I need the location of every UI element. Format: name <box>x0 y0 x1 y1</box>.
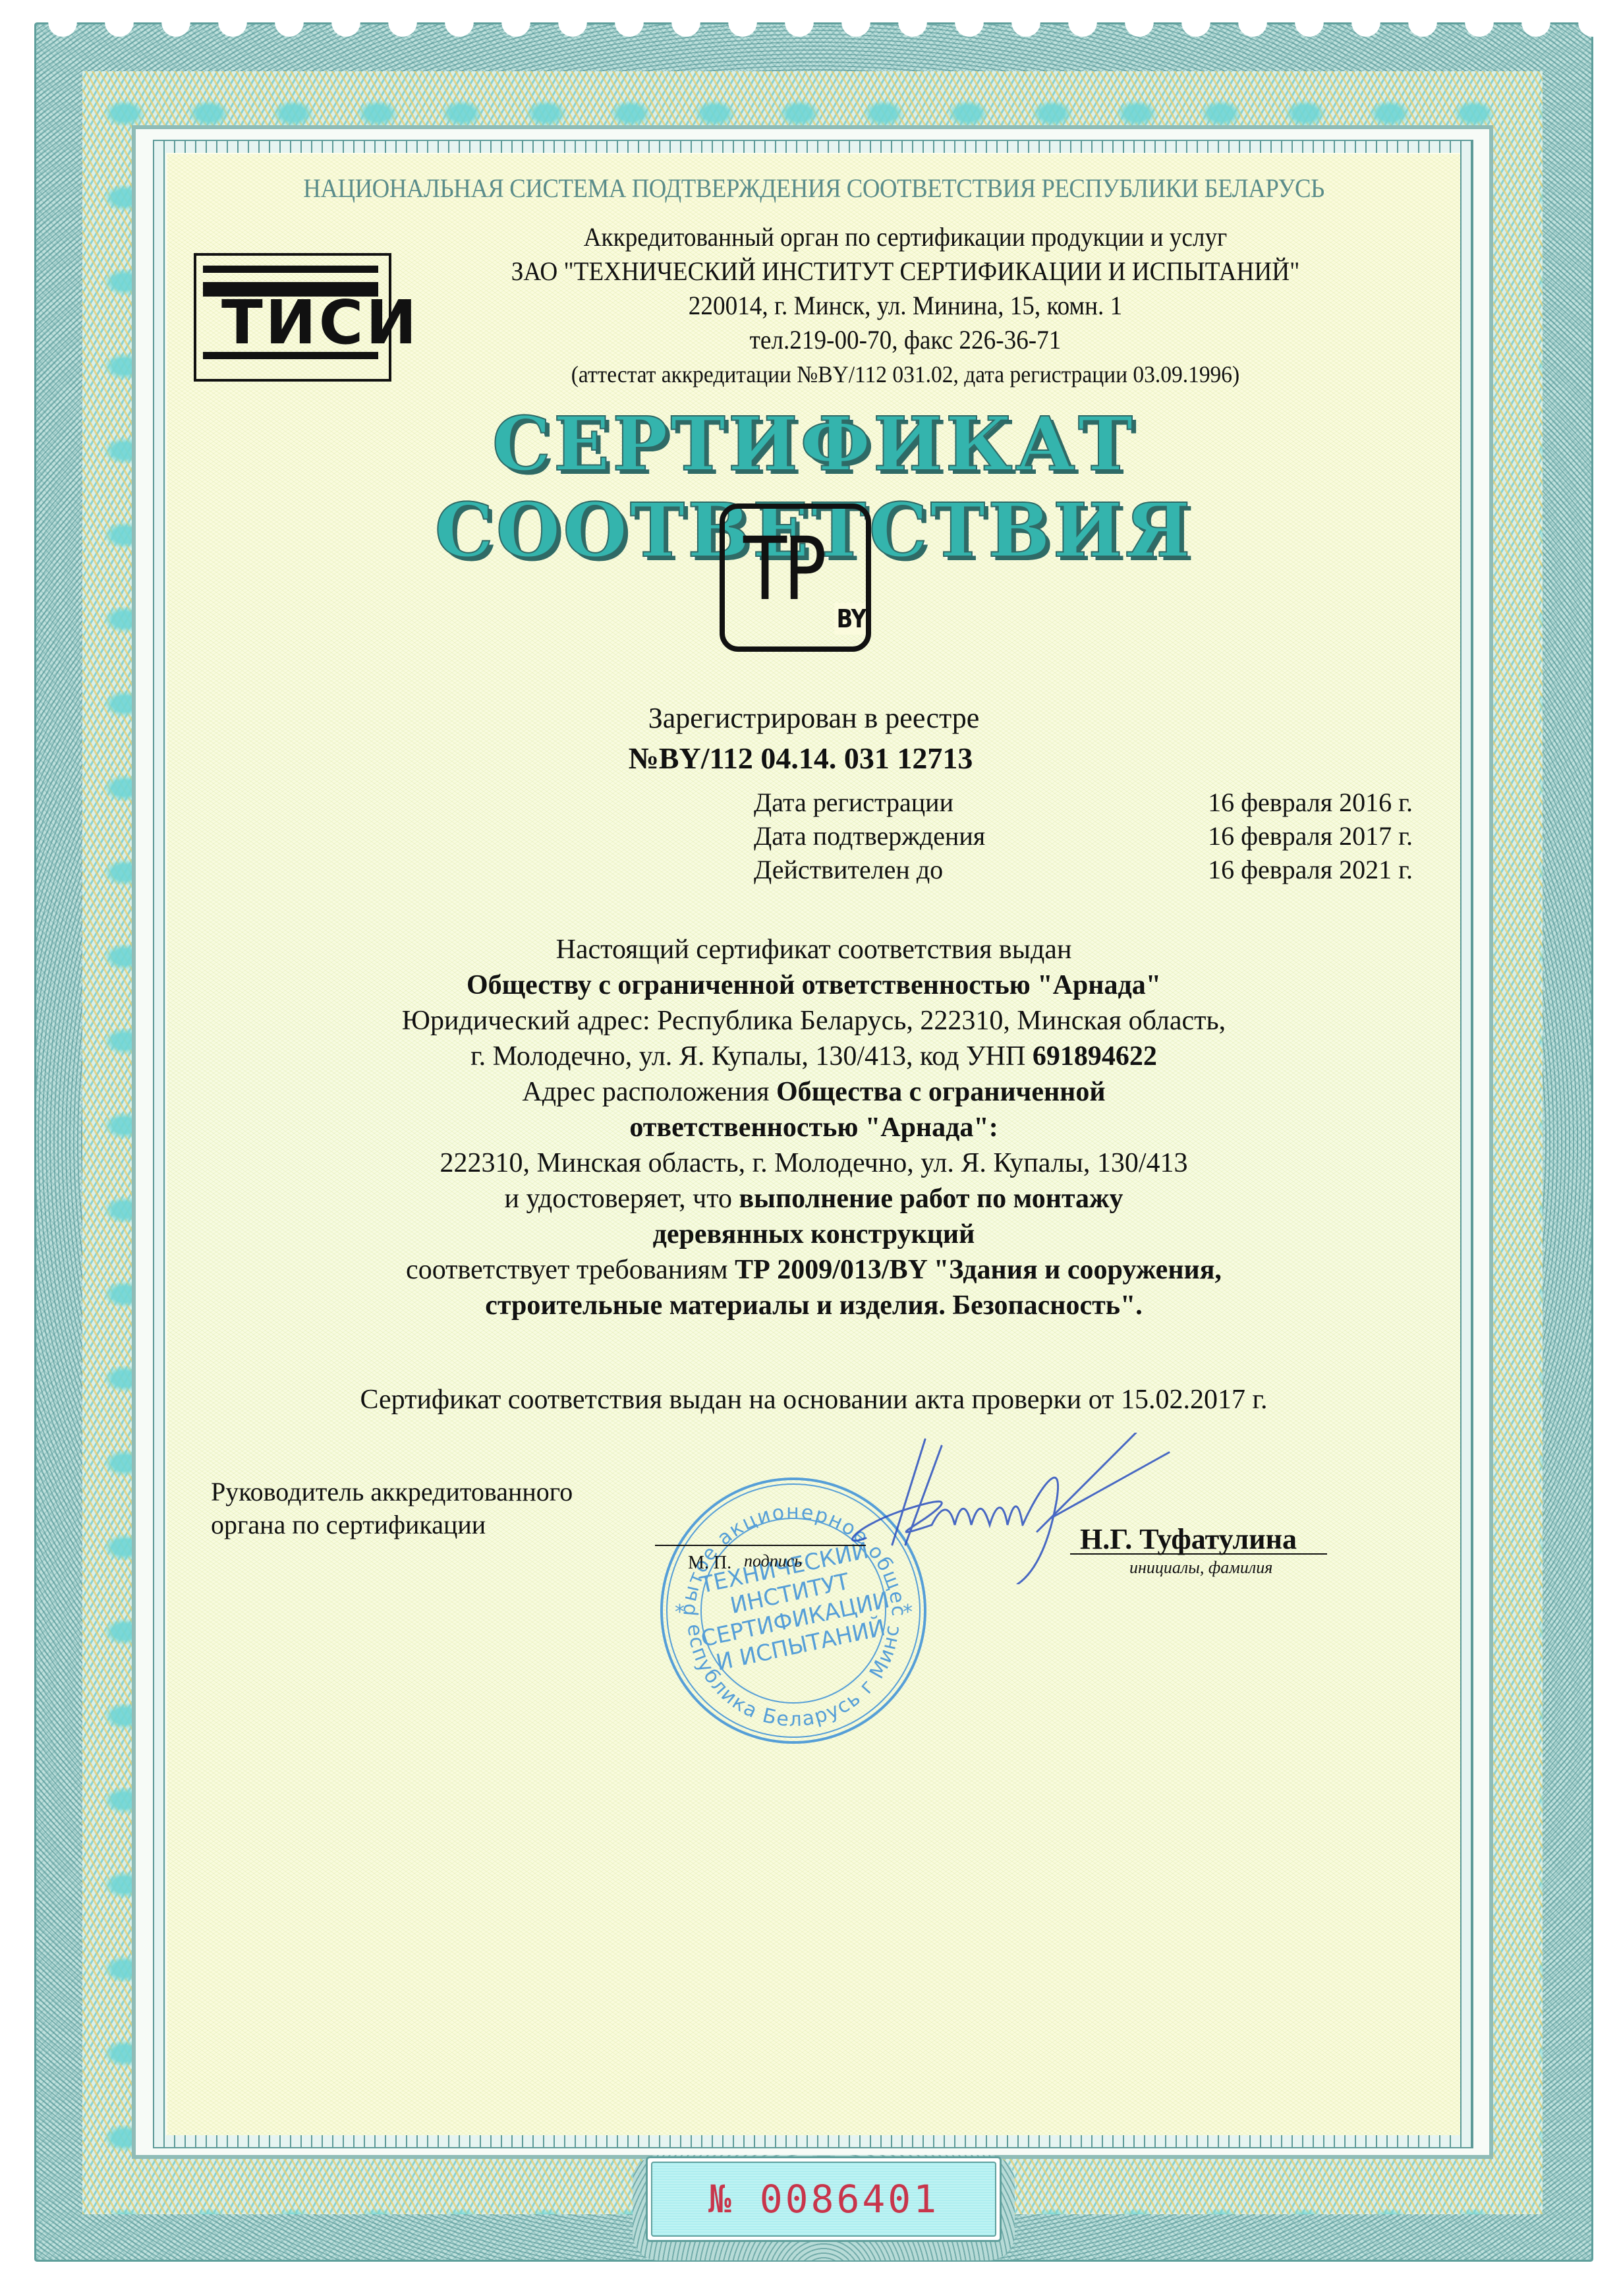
serial-prefix: № <box>708 2177 734 2222</box>
legal-address: г. Молодечно, ул. Я. Купалы, 130/413, ко… <box>470 1041 1033 1072</box>
issuer-line: тел.219-00-70, факс 226-36-71 <box>452 323 1359 357</box>
body-text: Адрес расположения <box>522 1077 776 1107</box>
body-line: г. Молодечно, ул. Я. Купалы, 130/413, ко… <box>167 1039 1460 1074</box>
body-text: и удостоверяет, что <box>505 1184 739 1214</box>
signer-title-line: органа по сертификации <box>211 1508 573 1541</box>
signer-title: Руководитель аккредитованного органа по … <box>211 1476 573 1541</box>
date-label: Действителен до <box>754 853 1116 886</box>
date-label: Дата подтверждения <box>754 819 1116 853</box>
signature-caption: подпись <box>744 1551 802 1571</box>
signer-title-line: Руководитель аккредитованного <box>211 1476 573 1508</box>
logo-bar <box>203 352 378 359</box>
dates-table: Дата регистрации 16 февраля 2016 г. Дата… <box>754 786 1439 886</box>
body-line: Настоящий сертификат соответствия выдан <box>167 932 1460 967</box>
seal-place-label: М. П. <box>688 1553 731 1574</box>
date-value: 16 февраля 2016 г. <box>1116 786 1439 819</box>
body-line: соответствует требованиям ТР 2009/013/BY… <box>167 1252 1460 1288</box>
logo-bar <box>203 266 378 273</box>
body-text: Настоящий сертификат соответствия выдан <box>556 934 1072 965</box>
serial-number: № 0086401 <box>651 2162 996 2237</box>
scope-of-work: деревянных конструкций <box>653 1219 975 1249</box>
holder-name: Обществу с ограниченной ответственностью… <box>467 970 1161 1000</box>
registry-number: №BY/112 04.14. 031 12713 <box>167 741 1460 776</box>
tisi-logo: ТИСИ <box>194 253 391 382</box>
registry-label: Зарегистрирован в реестре <box>167 701 1460 735</box>
date-value: 16 февраля 2021 г. <box>1116 853 1439 886</box>
body-line: Адрес расположения Общества с ограниченн… <box>167 1074 1460 1110</box>
holder-name: Общества с ограниченной <box>776 1077 1106 1107</box>
regulation: строительные материалы и изделия. Безопа… <box>485 1290 1143 1321</box>
svg-text:*: * <box>675 1601 685 1624</box>
signer-name: Н.Г. Туфатулина <box>1080 1522 1297 1556</box>
svg-text:*: * <box>903 1601 913 1624</box>
logo-letters: ТИСИ <box>221 293 419 353</box>
issuance-basis: Сертификат соответствия выдан на основан… <box>167 1384 1460 1416</box>
serial-value: 0086401 <box>760 2177 939 2222</box>
date-value: 16 февраля 2017 г. <box>1116 819 1439 853</box>
date-row: Дата регистрации 16 февраля 2016 г. <box>754 786 1439 819</box>
body-line: 222310, Минская область, г. Молодечно, у… <box>167 1145 1460 1181</box>
legal-address: Юридический адрес: Республика Беларусь, … <box>402 1006 1226 1036</box>
body-text: соответствует требованиям <box>406 1255 735 1285</box>
issuer-line: Аккредитованный орган по сертификации пр… <box>452 220 1359 254</box>
body-line: строительные материалы и изделия. Безопа… <box>167 1288 1460 1323</box>
mark-main: TP <box>743 526 824 613</box>
certificate-content: НАЦИОНАЛЬНАЯ СИСТЕМА ПОДТВЕРЖДЕНИЯ СООТВ… <box>167 154 1460 2135</box>
unp-code: 691894622 <box>1033 1041 1157 1072</box>
date-row: Дата подтверждения 16 февраля 2017 г. <box>754 819 1439 853</box>
body-line: и удостоверяет, что выполнение работ по … <box>167 1181 1460 1217</box>
certificate-body: Настоящий сертификат соответствия выдан … <box>167 932 1460 1323</box>
holder-name: ответственностью "Арнада": <box>629 1112 998 1143</box>
issuer-line: 220014, г. Минск, ул. Минина, 15, комн. … <box>452 289 1359 323</box>
name-caption: инициалы, фамилия <box>1129 1558 1272 1578</box>
issuer-info: Аккредитованный орган по сертификации пр… <box>418 220 1393 391</box>
tp-by-conformity-mark-icon: TP BY <box>720 503 871 652</box>
mark-sub: BY <box>834 603 866 635</box>
body-line: Юридический адрес: Республика Беларусь, … <box>167 1003 1460 1039</box>
date-row: Действителен до 16 февраля 2021 г. <box>754 853 1439 886</box>
regulation: ТР 2009/013/BY "Здания и сооружения, <box>735 1255 1222 1285</box>
location-address: 222310, Минская область, г. Молодечно, у… <box>440 1148 1187 1178</box>
national-system-heading: НАЦИОНАЛЬНАЯ СИСТЕМА ПОДТВЕРЖДЕНИЯ СООТВ… <box>219 173 1408 204</box>
body-line: Обществу с ограниченной ответственностью… <box>167 967 1460 1003</box>
body-line: деревянных конструкций <box>167 1217 1460 1252</box>
issuer-line: ЗАО "ТЕХНИЧЕСКИЙ ИНСТИТУТ СЕРТИФИКАЦИИ И… <box>452 254 1359 289</box>
date-label: Дата регистрации <box>754 786 1116 819</box>
name-line <box>1070 1553 1327 1555</box>
serial-number-box: № 0086401 <box>646 2156 1002 2242</box>
scope-of-work: выполнение работ по монтажу <box>739 1184 1123 1214</box>
issuer-line: (аттестат аккредитации №BY/112 031.02, д… <box>452 357 1359 391</box>
body-line: ответственностью "Арнада": <box>167 1110 1460 1145</box>
